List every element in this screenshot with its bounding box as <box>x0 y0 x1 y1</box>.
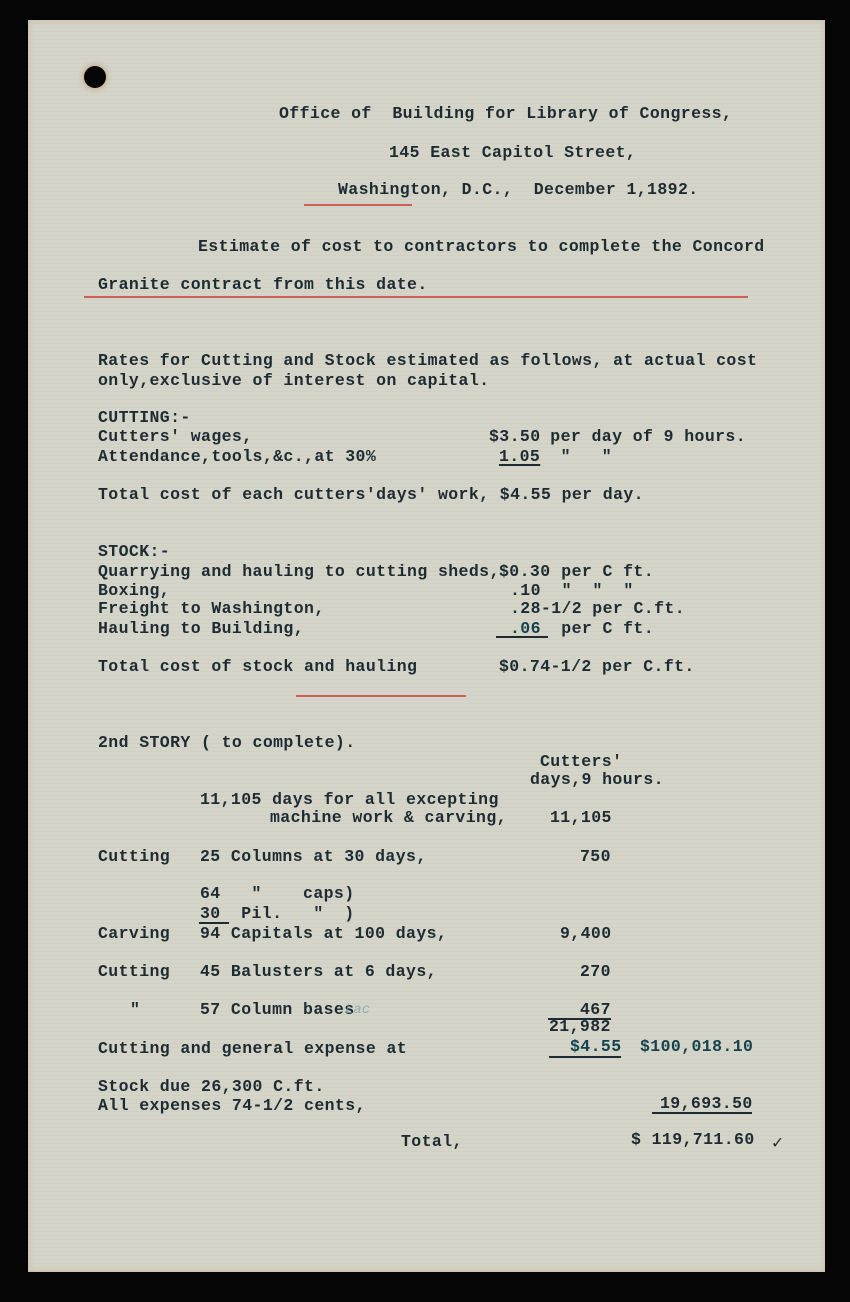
general-expense-rate: $4.55 <box>570 1037 622 1057</box>
stock-row-amount: .28-1/2 <box>510 599 582 619</box>
stock-due-line: Stock due 26,300 C.ft. <box>98 1077 325 1097</box>
red-rule-section <box>296 695 466 697</box>
rate-underline <box>549 1056 621 1058</box>
story-row-category: Cutting <box>98 847 170 867</box>
red-rule-title <box>84 296 748 298</box>
story-row-description: 57 Column bases <box>200 1000 355 1020</box>
stock-row-amount: .10 <box>510 581 541 601</box>
story-row-category: Cutting <box>98 962 170 982</box>
stock-row-label: Quarrying and hauling to cutting sheds, <box>98 562 500 582</box>
total-amount: $ 119,711.60 <box>631 1130 755 1150</box>
stock-row-unit: per C ft. <box>551 619 654 639</box>
story-row-description: machine work & carving, <box>270 808 507 828</box>
intro-line-2: only,exclusive of interest on capital. <box>98 371 489 391</box>
general-expense-amount: $100,018.10 <box>640 1037 753 1057</box>
cutting-row-amount: $3.50 <box>489 427 541 447</box>
intro-line-1: Rates for Cutting and Stock estimated as… <box>98 351 757 371</box>
cutting-heading: CUTTING:- <box>98 408 191 428</box>
story-row-category: Carving <box>98 924 170 944</box>
punch-hole <box>84 66 106 88</box>
story-row-description: 11,105 days for all excepting <box>200 790 499 810</box>
all-expenses-label: All expenses 74-1/2 cents, <box>98 1096 366 1116</box>
story-row-days: 11,105 <box>550 808 612 828</box>
story-row-days: 750 <box>580 847 611 867</box>
place-date-line: Washington, D.C., December 1,1892. <box>338 180 699 200</box>
general-expense-label: Cutting and general expense at <box>98 1039 407 1059</box>
days-total: 21,982 <box>549 1017 611 1037</box>
story-row-days: 270 <box>580 962 611 982</box>
cutting-total: Total cost of each cutters'days' work, $… <box>98 485 644 505</box>
stock-sum-rule <box>496 636 548 638</box>
office-line: Office of Building for Library of Congre… <box>279 104 732 124</box>
stock-row-unit: per C.ft. <box>582 599 685 619</box>
story-row-description: 45 Balusters at 6 days, <box>200 962 437 982</box>
stock-total-value: $0.74-1/2 per C.ft. <box>499 657 695 677</box>
story-row-description: 94 Capitals at 100 days, <box>200 924 447 944</box>
stock-row-unit: " " " <box>541 581 634 601</box>
total-label: Total, <box>401 1132 463 1152</box>
story-row-category: " <box>130 1000 140 1020</box>
cutting-row-label: Cutters' wages, <box>98 427 253 447</box>
grand-sum-rule <box>652 1112 752 1114</box>
stock-heading: STOCK:- <box>98 542 170 562</box>
column-header-cutters: Cutters' <box>540 752 622 772</box>
story-row-description: 25 Columns at 30 days, <box>200 847 427 867</box>
cutting-row-unit: " " <box>540 447 612 467</box>
stock-row-unit: per C ft. <box>551 562 654 582</box>
stock-row-label: Freight to Washington, <box>98 599 325 619</box>
cutting-row-unit: per day of 9 hours. <box>540 427 746 447</box>
story-row-days: 9,400 <box>560 924 612 944</box>
stock-row-amount: $0.30 <box>499 562 551 582</box>
column-header-days: days,9 hours. <box>530 770 664 790</box>
title-line-2: Granite contract from this date. <box>98 275 428 295</box>
address-line: 145 East Capitol Street, <box>389 143 636 163</box>
title-line-1: Estimate of cost to contractors to compl… <box>198 237 765 257</box>
all-expenses-amount: 19,693.50 <box>660 1094 753 1114</box>
cutting-row-label: Attendance,tools,&c.,at 30% <box>98 447 376 467</box>
story-row-description: 30 Pil. " ) <box>200 904 355 924</box>
stock-row-label: Boxing, <box>98 581 170 601</box>
stock-total-label: Total cost of stock and hauling <box>98 657 417 677</box>
handwritten-note: Lac <box>345 1002 370 1018</box>
second-story-heading: 2nd STORY ( to complete). <box>98 733 356 753</box>
check-mark-icon: ✓ <box>772 1132 783 1154</box>
red-rule-date <box>304 204 412 206</box>
stock-row-label: Hauling to Building, <box>98 619 304 639</box>
story-row-description: 64 " caps) <box>200 884 355 904</box>
cutting-row-amount: 1.05 <box>499 447 540 467</box>
